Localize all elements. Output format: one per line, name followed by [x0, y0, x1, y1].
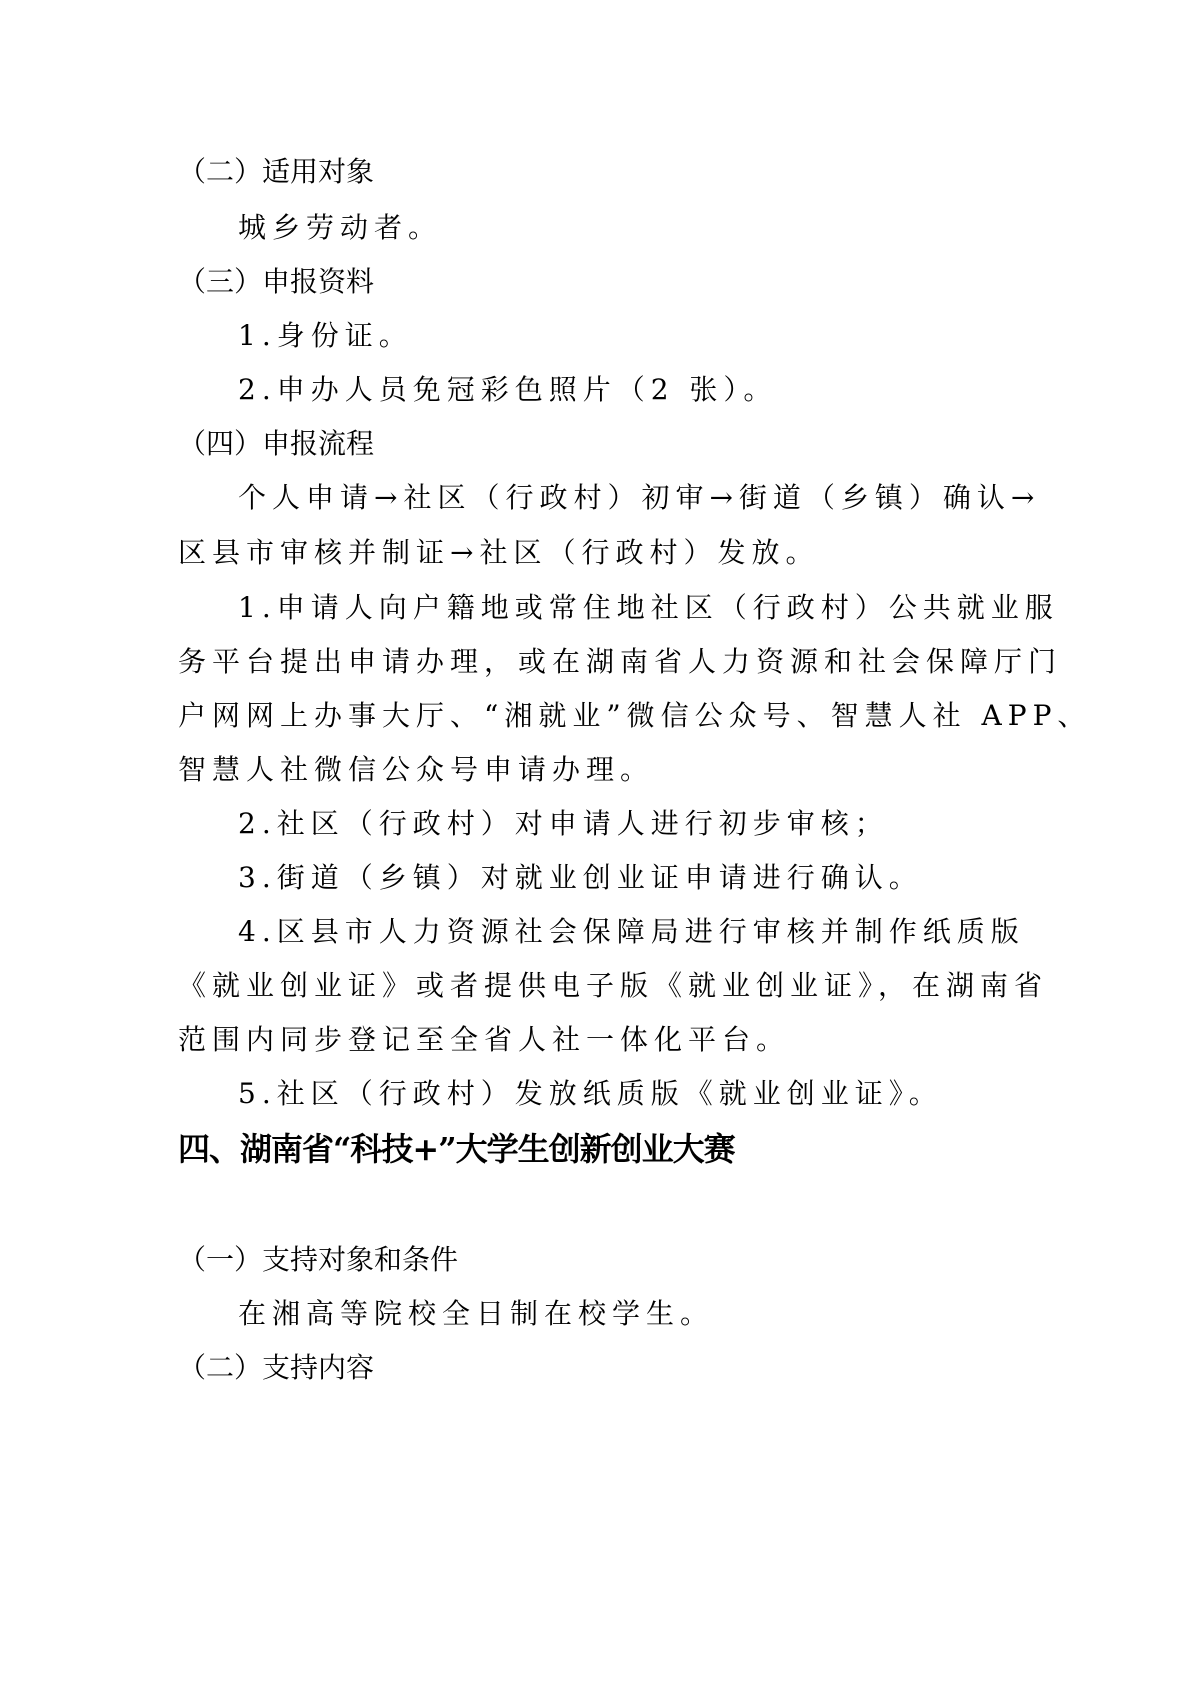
paragraph-step1-line-3: 户网网上办事大厅、“湘就业”微信公众号、智慧人社 APP、	[178, 694, 1091, 734]
chapter-title: 四、湖南省“科技+”大学生创新创业大赛	[178, 1124, 735, 1170]
paragraph-step1-line-4: 智慧人社微信公众号申请办理。	[178, 748, 654, 788]
paragraph-step4-line-2: 《就业创业证》或者提供电子版《就业创业证》，在湖南省	[178, 964, 1048, 1004]
paragraph-step4-line-1: 4.区县市人力资源社会保障局进行审核并制作纸质版	[238, 910, 1025, 950]
section-heading-application-materials: （三）申报资料	[178, 260, 374, 300]
paragraph-step2: 2.社区（行政村）对申请人进行初步审核；	[238, 802, 889, 842]
list-item-id-card: 1.身份证。	[238, 314, 413, 354]
paragraph-support-targets: 在湘高等院校全日制在校学生。	[238, 1292, 714, 1332]
section-heading-applicable-targets: （二）适用对象	[178, 150, 374, 190]
paragraph-step3: 3.街道（乡镇）对就业创业证申请进行确认。	[238, 856, 923, 896]
list-item-photo: 2.申办人员免冠彩色照片（2 张）。	[238, 368, 777, 408]
section-heading-application-process: （四）申报流程	[178, 422, 374, 462]
paragraph-applicable-targets: 城乡劳动者。	[238, 206, 442, 246]
paragraph-step5: 5.社区（行政村）发放纸质版《就业创业证》。	[238, 1072, 943, 1112]
document-page: （二）适用对象 城乡劳动者。 （三）申报资料 1.身份证。 2.申办人员免冠彩色…	[0, 0, 1191, 1684]
paragraph-step1-line-2: 务平台提出申请办理，或在湖南省人力资源和社会保障厅门	[178, 640, 1062, 680]
paragraph-step4-line-3: 范围内同步登记至全省人社一体化平台。	[178, 1018, 790, 1058]
section-heading-support-content: （二）支持内容	[178, 1346, 374, 1386]
section-heading-support-targets: （一）支持对象和条件	[178, 1238, 458, 1278]
paragraph-flow-line-1: 个人申请→社区（行政村）初审→街道（乡镇）确认→	[238, 476, 1040, 516]
paragraph-flow-line-2: 区县市审核并制证→社区（行政村）发放。	[178, 531, 819, 571]
paragraph-step1-line-1: 1.申请人向户籍地或常住地社区（行政村）公共就业服	[238, 586, 1059, 626]
